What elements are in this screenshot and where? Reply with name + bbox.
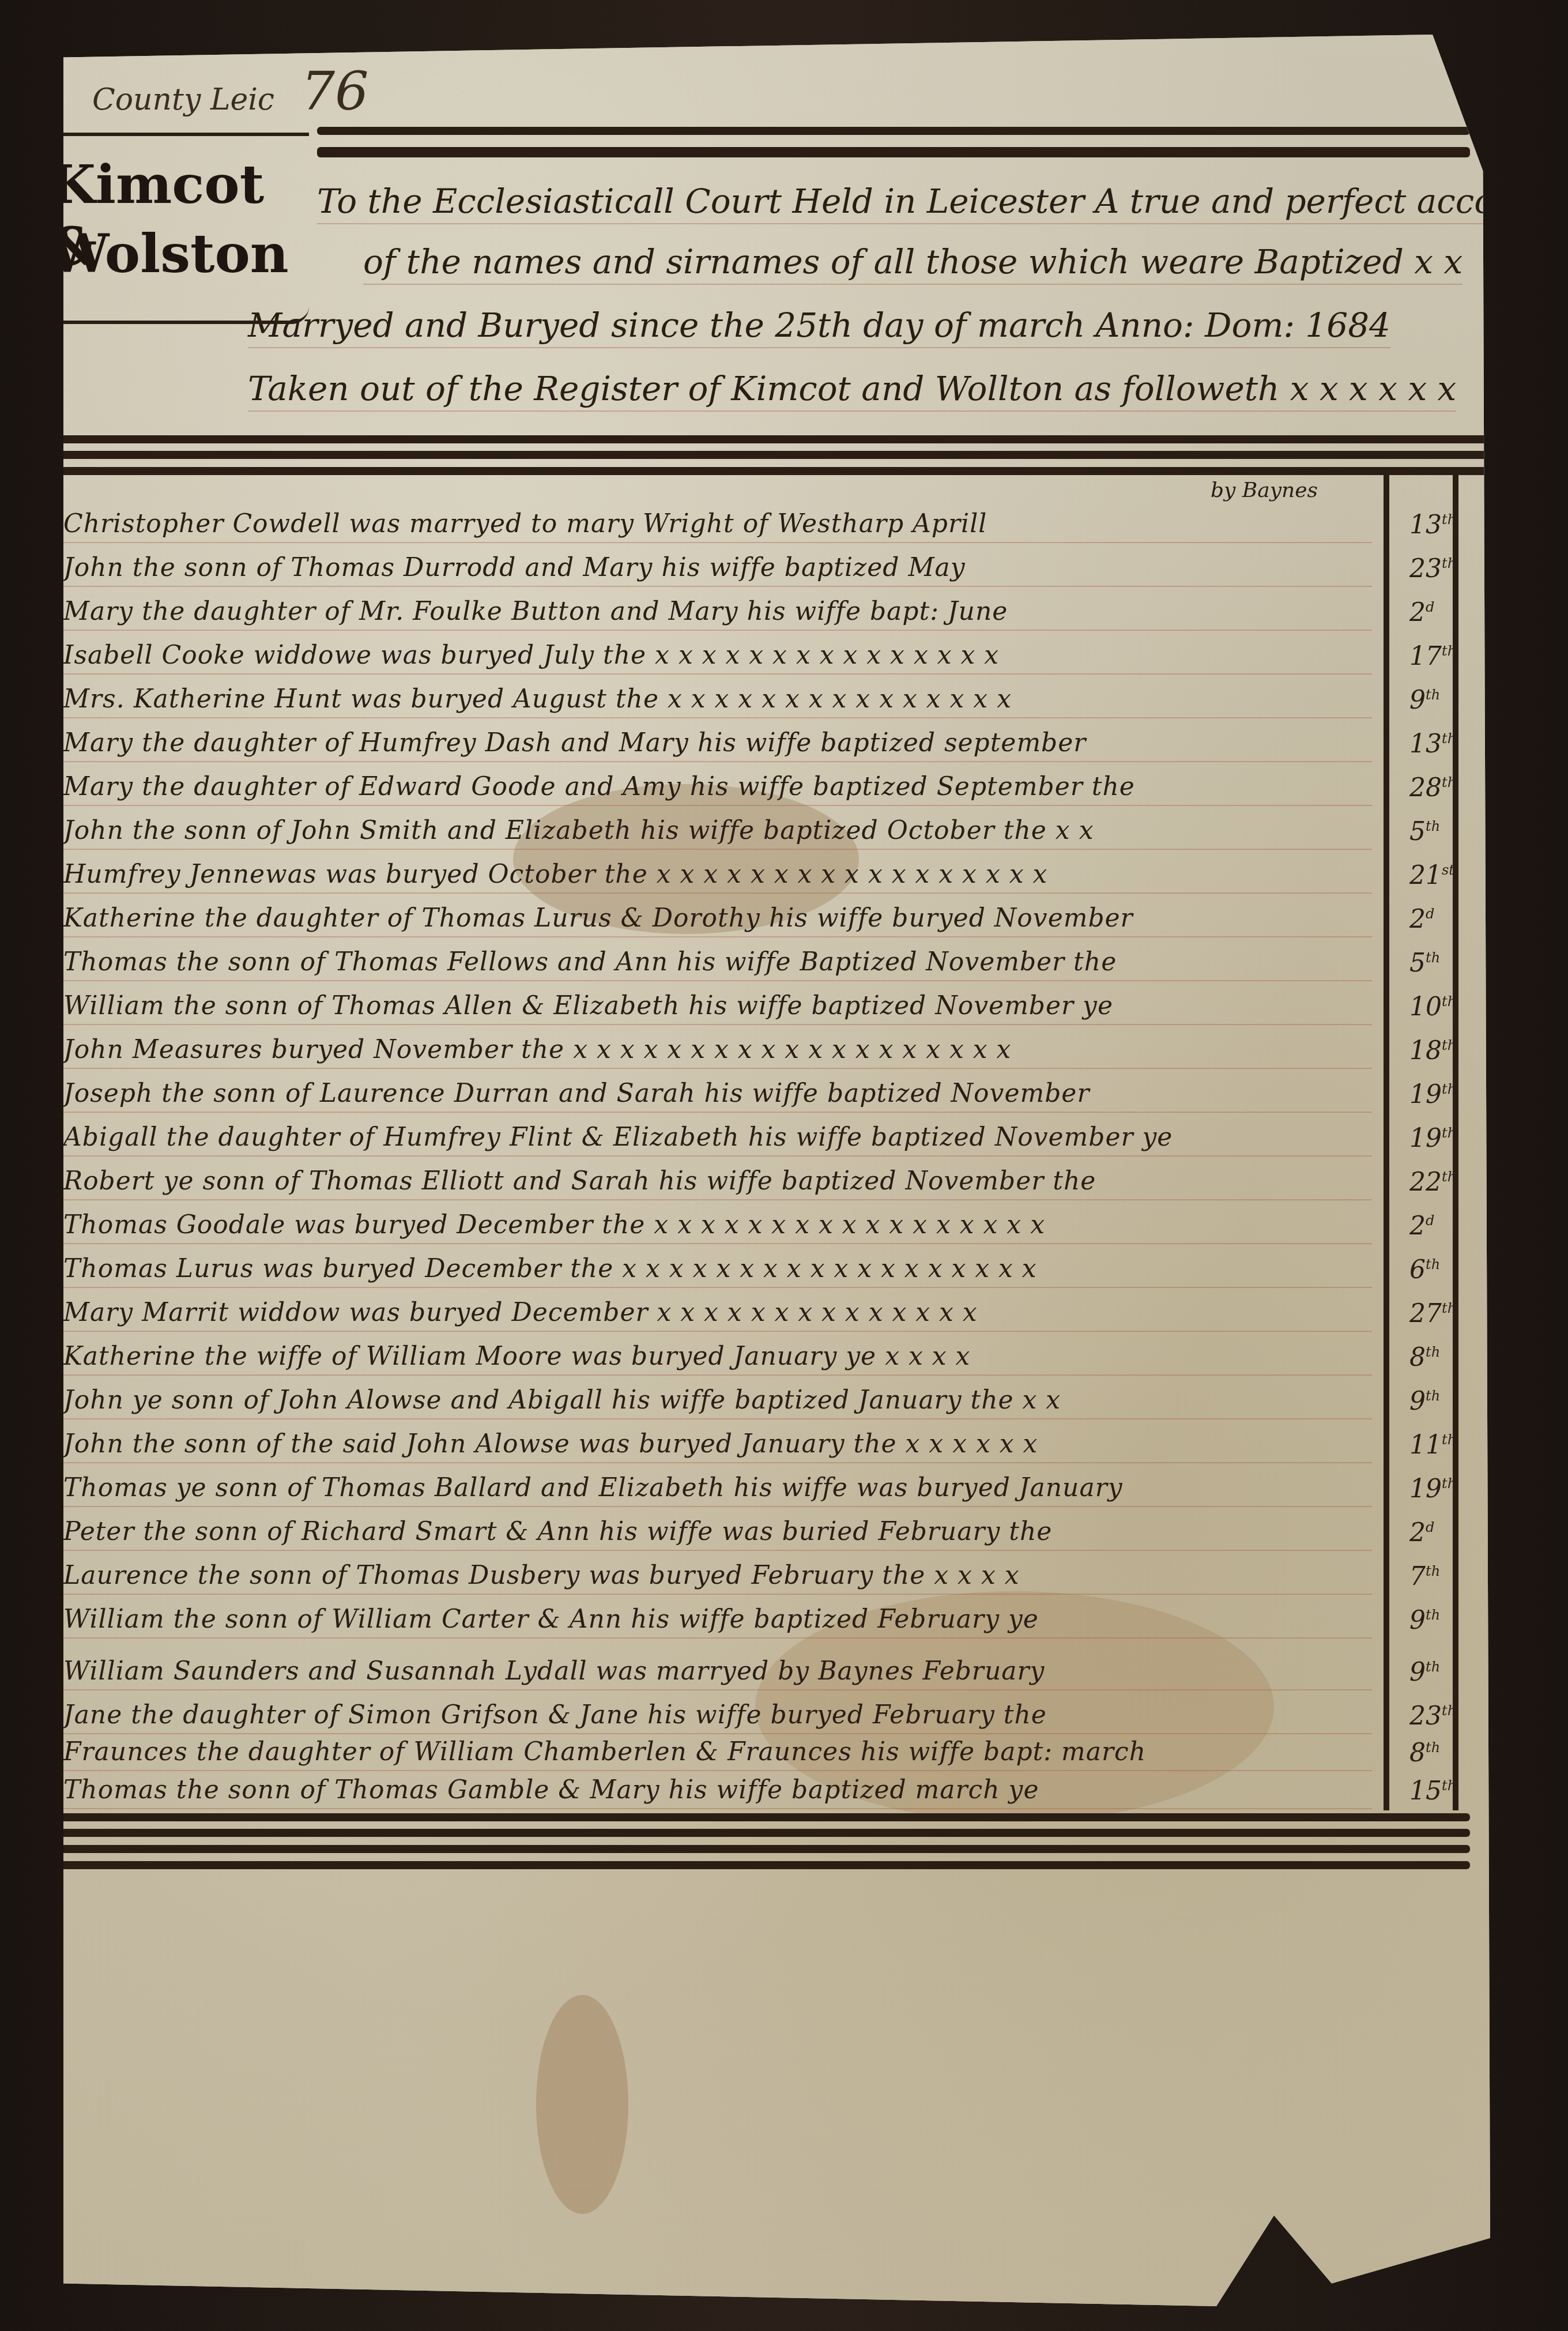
register-entry: Mary the daughter of Mr. Foulke Button a…: [63, 589, 1372, 631]
register-entry: Mary Marrit widdow was buryed December x…: [63, 1290, 1372, 1332]
register-entry: Thomas ye sonn of Thomas Ballard and Eli…: [63, 1466, 1372, 1507]
register-entry: William the sonn of Thomas Allen & Eliza…: [63, 984, 1372, 1025]
folio-number: 76: [301, 61, 368, 122]
parish-name-wolston: Wolston: [50, 223, 289, 285]
header-rule-top: [317, 127, 1470, 135]
parchment-page: County Leic 76 Kimcot & Wolston To the E…: [63, 35, 1505, 2306]
register-entry: John ye sonn of John Alowse and Abigall …: [63, 1378, 1372, 1419]
table-rule-bottom-4: [46, 1861, 1470, 1869]
register-entry: Mary the daughter of Edward Goode and Am…: [63, 765, 1372, 806]
table-rule-top-1: [46, 435, 1505, 443]
register-entry: John Measures buryed November the x x x …: [63, 1027, 1372, 1069]
register-entry: John the sonn of Thomas Durrodd and Mary…: [63, 545, 1372, 587]
water-stain: [536, 1995, 628, 2214]
register-entry: Jane the daughter of Simon Grifson & Jan…: [63, 1693, 1372, 1734]
register-entry: Humfrey Jennewas was buryed October the …: [63, 852, 1372, 894]
heading-line-1: To the Ecclesiasticall Court Held in Lei…: [317, 182, 1551, 224]
heading-line-4: Taken out of the Register of Kimcot and …: [248, 369, 1456, 412]
register-entry: Fraunces the daughter of William Chamber…: [63, 1730, 1372, 1771]
register-entry: William the sonn of William Carter & Ann…: [63, 1597, 1372, 1639]
folio-label: County Leic: [92, 82, 274, 117]
register-entry: Mrs. Katherine Hunt was buryed August th…: [63, 677, 1372, 718]
register-entry: Katherine the wiffe of William Moore was…: [63, 1334, 1372, 1376]
register-entry: John the sonn of the said John Alowse wa…: [63, 1422, 1372, 1463]
register-entry: Isabell Cooke widdowe was buryed July th…: [63, 633, 1372, 675]
heading-line-3: Marryed and Buryed since the 25th day of…: [248, 306, 1390, 348]
register-entry: Peter the sonn of Richard Smart & Ann hi…: [63, 1509, 1372, 1551]
header-rule-top-2: [317, 147, 1470, 157]
table-rule-bottom-1: [46, 1813, 1470, 1821]
register-entry: Thomas the sonn of Thomas Fellows and An…: [63, 940, 1372, 981]
parish-name-box: Kimcot & Wolston: [35, 133, 309, 324]
register-entry: Thomas the sonn of Thomas Gamble & Mary …: [63, 1768, 1372, 1809]
table-rule-bottom-2: [46, 1829, 1470, 1837]
table-rule-top-2: [46, 451, 1505, 459]
marginal-note-by-baynes: by Baynes: [1211, 479, 1318, 502]
register-entry: William Saunders and Susannah Lydall was…: [63, 1649, 1372, 1690]
register-entry: Christopher Cowdell was marryed to mary …: [63, 502, 1372, 543]
register-entry: Thomas Goodale was buryed December the x…: [63, 1203, 1372, 1244]
register-entry: Mary the daughter of Humfrey Dash and Ma…: [63, 721, 1372, 762]
folio-reference: County Leic 76: [92, 61, 369, 122]
register-entry: John the sonn of John Smith and Elizabet…: [63, 808, 1372, 850]
register-entry: Joseph the sonn of Laurence Durran and S…: [63, 1071, 1372, 1113]
register-entry: Thomas Lurus was buryed December the x x…: [63, 1247, 1372, 1288]
register-entry: Abigall the daughter of Humfrey Flint & …: [63, 1115, 1372, 1157]
table-rule-top-3: [46, 467, 1505, 475]
heading-line-2: of the names and sirnames of all those w…: [363, 242, 1463, 285]
table-rule-bottom-3: [46, 1845, 1470, 1853]
register-entry: Robert ye sonn of Thomas Elliott and Sar…: [63, 1159, 1372, 1200]
day-column-left-rule: [1384, 473, 1389, 1810]
register-entry: Katherine the daughter of Thomas Lurus &…: [63, 896, 1372, 937]
register-entry: Laurence the sonn of Thomas Dusbery was …: [63, 1553, 1372, 1595]
